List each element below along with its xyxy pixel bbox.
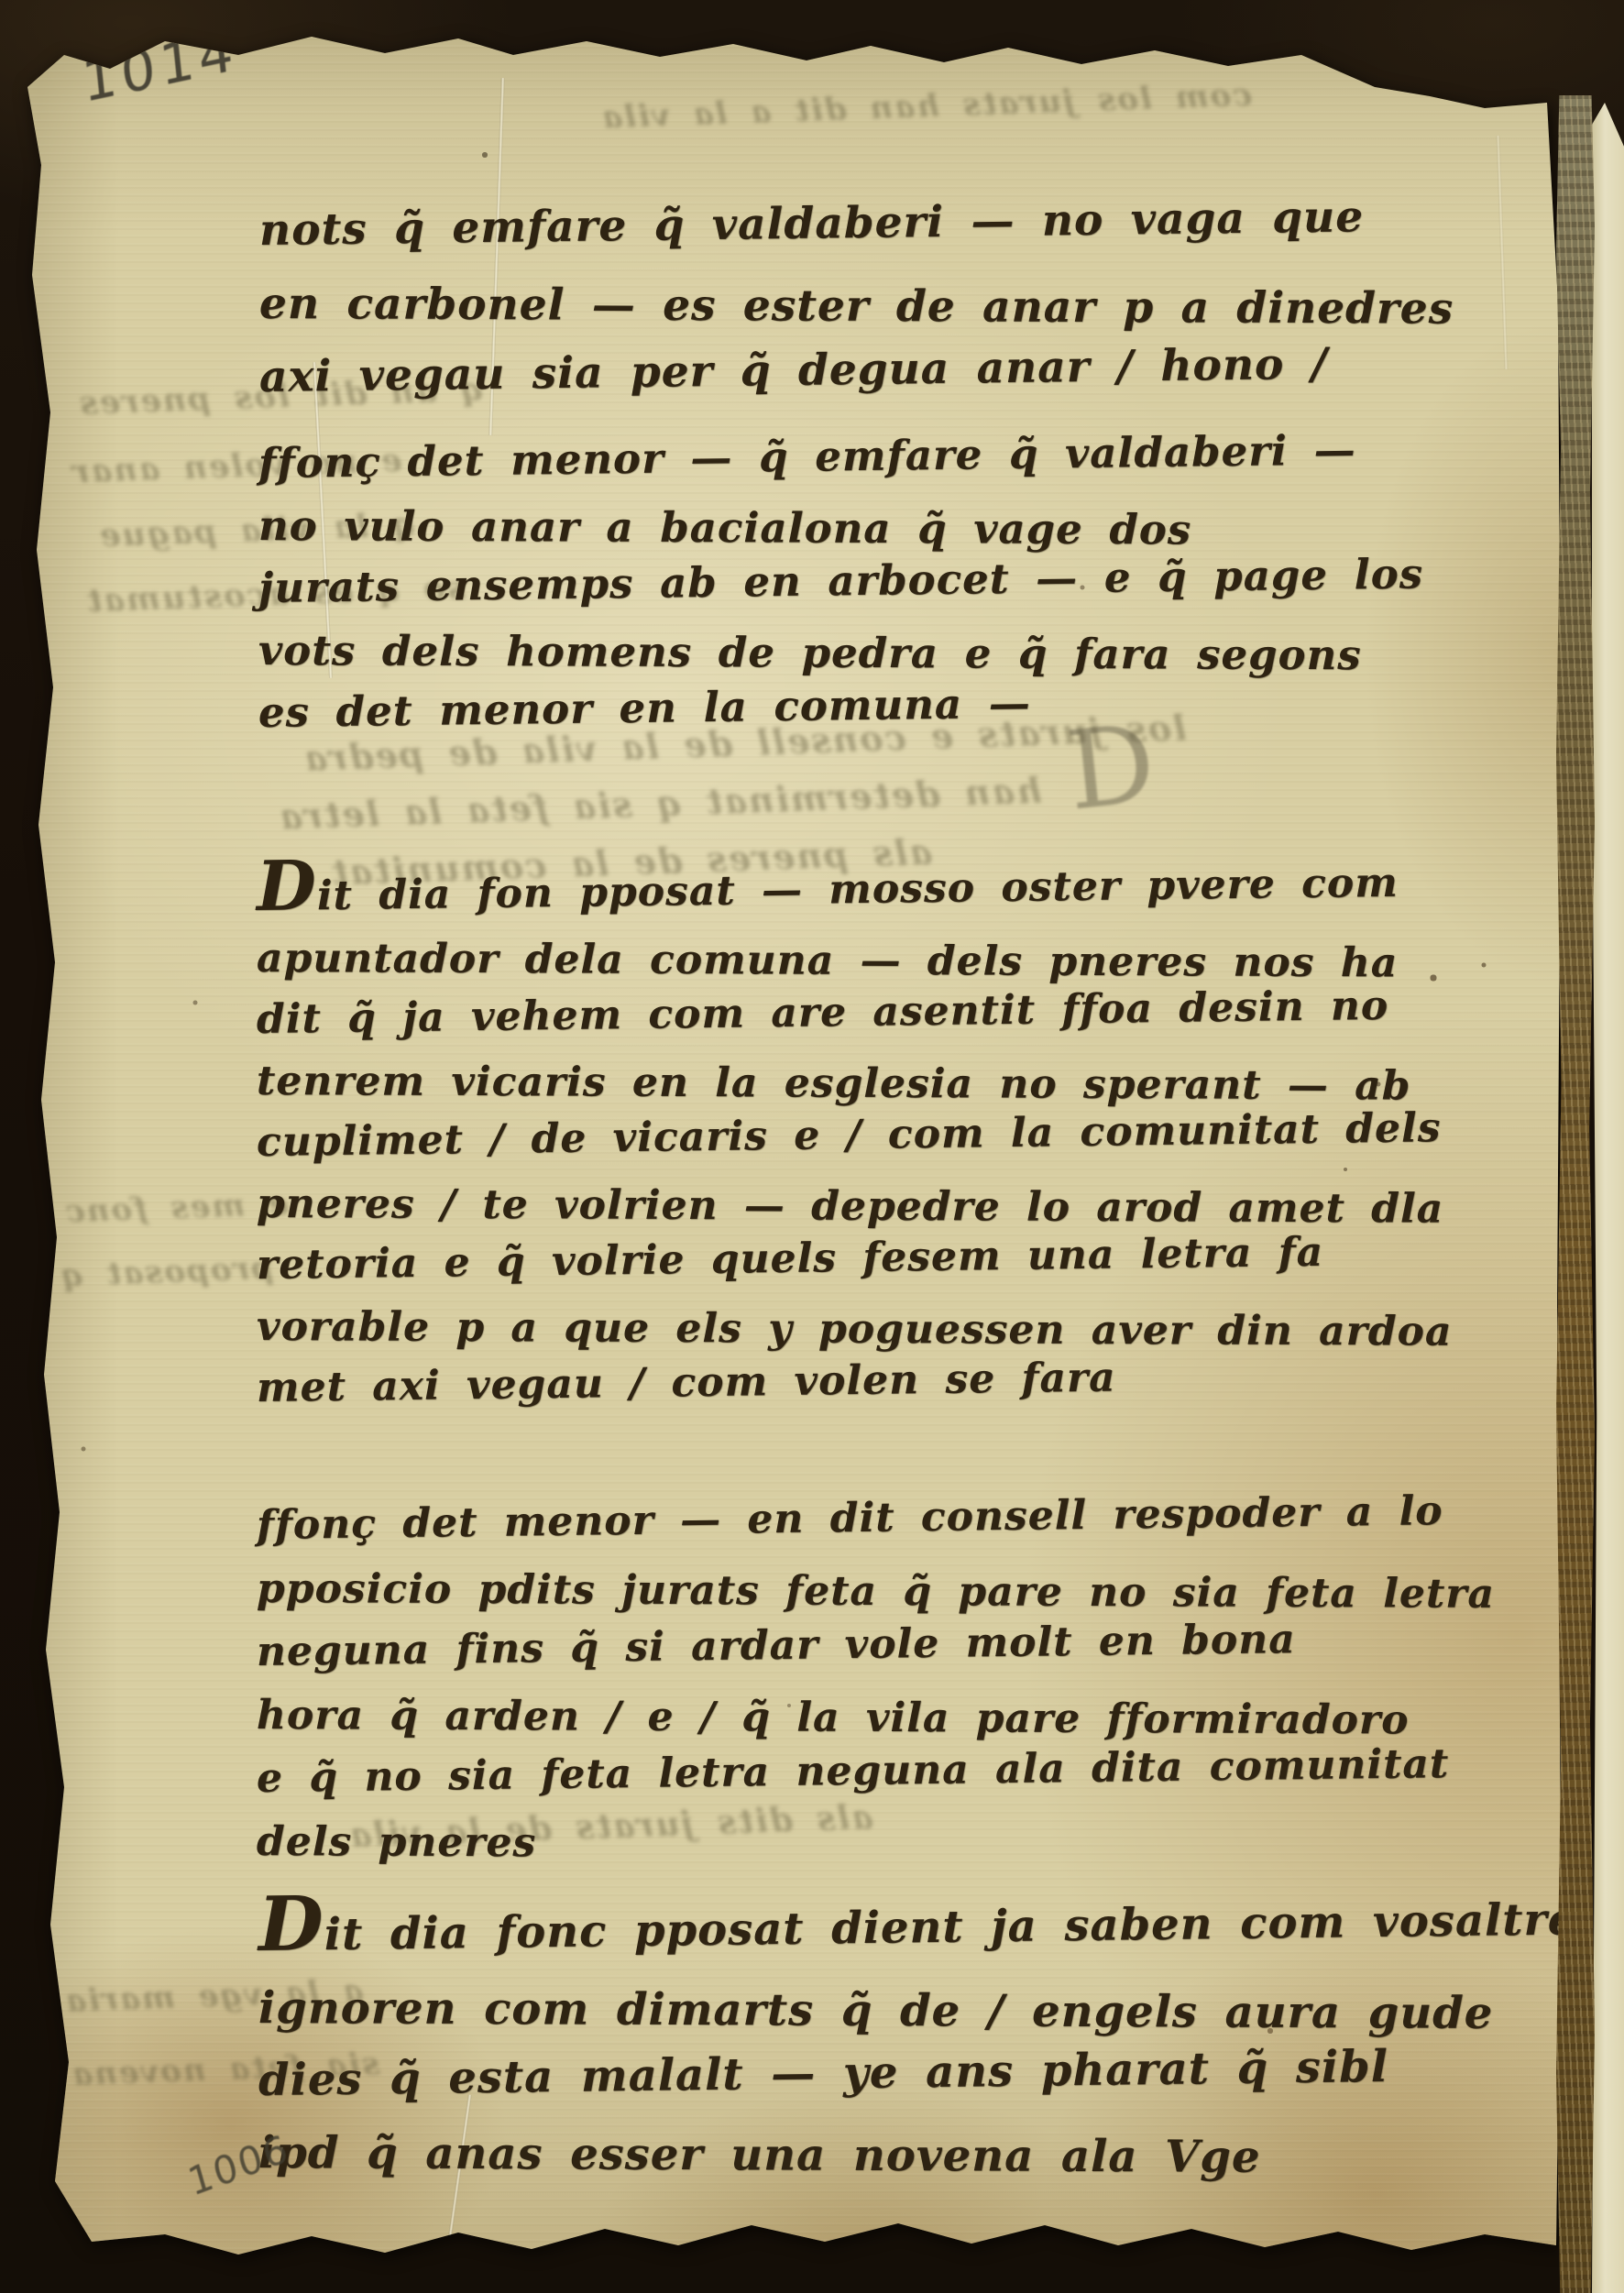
manuscript-line: Dit dia fon pposat — mosso oster pvere c… (257, 845, 1453, 927)
show-through-line: han determinat q sia feta la letra (277, 769, 1042, 837)
folio-number-bottom: 1006 (183, 2125, 295, 2205)
manuscript-line: nots q̃ emfare q̃ valdaberi — no vaga qu… (259, 180, 1454, 268)
manuscript-line: es det menor en la comuna — (258, 667, 1424, 744)
show-through-line: com los jurats han dit a la vila (600, 77, 1253, 137)
manuscript-line: jurats ensemps ab en arbocet — e q̃ page… (258, 543, 1424, 620)
show-through-line: proposat q (59, 1250, 274, 1294)
manuscript-line: ipd q̃ anas esser una novena ala Vge (258, 2117, 1603, 2195)
paper-crease (1497, 136, 1509, 369)
manuscript-line: ffonç det menor — q̃ emfare q̃ valdaberi… (258, 418, 1424, 495)
manuscript-photo: 1014 1006 com los jurats han dit a la vi… (0, 0, 1624, 2293)
manuscript-line: axi vegau sia per q̃ degua anar / hono / (259, 326, 1454, 414)
folio-number-top: 1014 (79, 18, 240, 115)
page-wrapper: 1014 1006 com los jurats han dit a la vi… (0, 0, 1624, 2293)
paragraph-2: ffonç det menor — q̃ emfare q̃ valdaberi… (258, 433, 1423, 744)
paragraph-1: nots q̃ emfare q̃ valdaberi — no vaga qu… (259, 194, 1454, 414)
manuscript-line: ffonç det menor — en dit consell respode… (257, 1478, 1496, 1556)
binding-gutter-cord (1556, 95, 1595, 2293)
paragraph-4: ffonç det menor — en dit consell respode… (257, 1494, 1495, 1873)
manuscript-line: dies q̃ esta malalt — ye ans pharat q̃ s… (258, 2028, 1603, 2117)
show-through-line: e mes fonc (63, 1186, 289, 1231)
paragraph-5: Dit dia fonc pposat dient ja saben com v… (258, 1895, 1602, 2189)
manuscript-line: Dit dia fonc pposat dient ja saben com v… (258, 1879, 1602, 1972)
paragraph-3: Dit dia fon pposat — mosso oster pvere c… (257, 860, 1452, 1419)
manuscript-page: 1014 1006 com los jurats han dit a la vi… (14, 27, 1563, 2259)
manuscript-line: dels pneres (257, 1810, 1495, 1879)
next-page-edge (1592, 103, 1624, 2293)
ink-specks (14, 27, 16, 29)
